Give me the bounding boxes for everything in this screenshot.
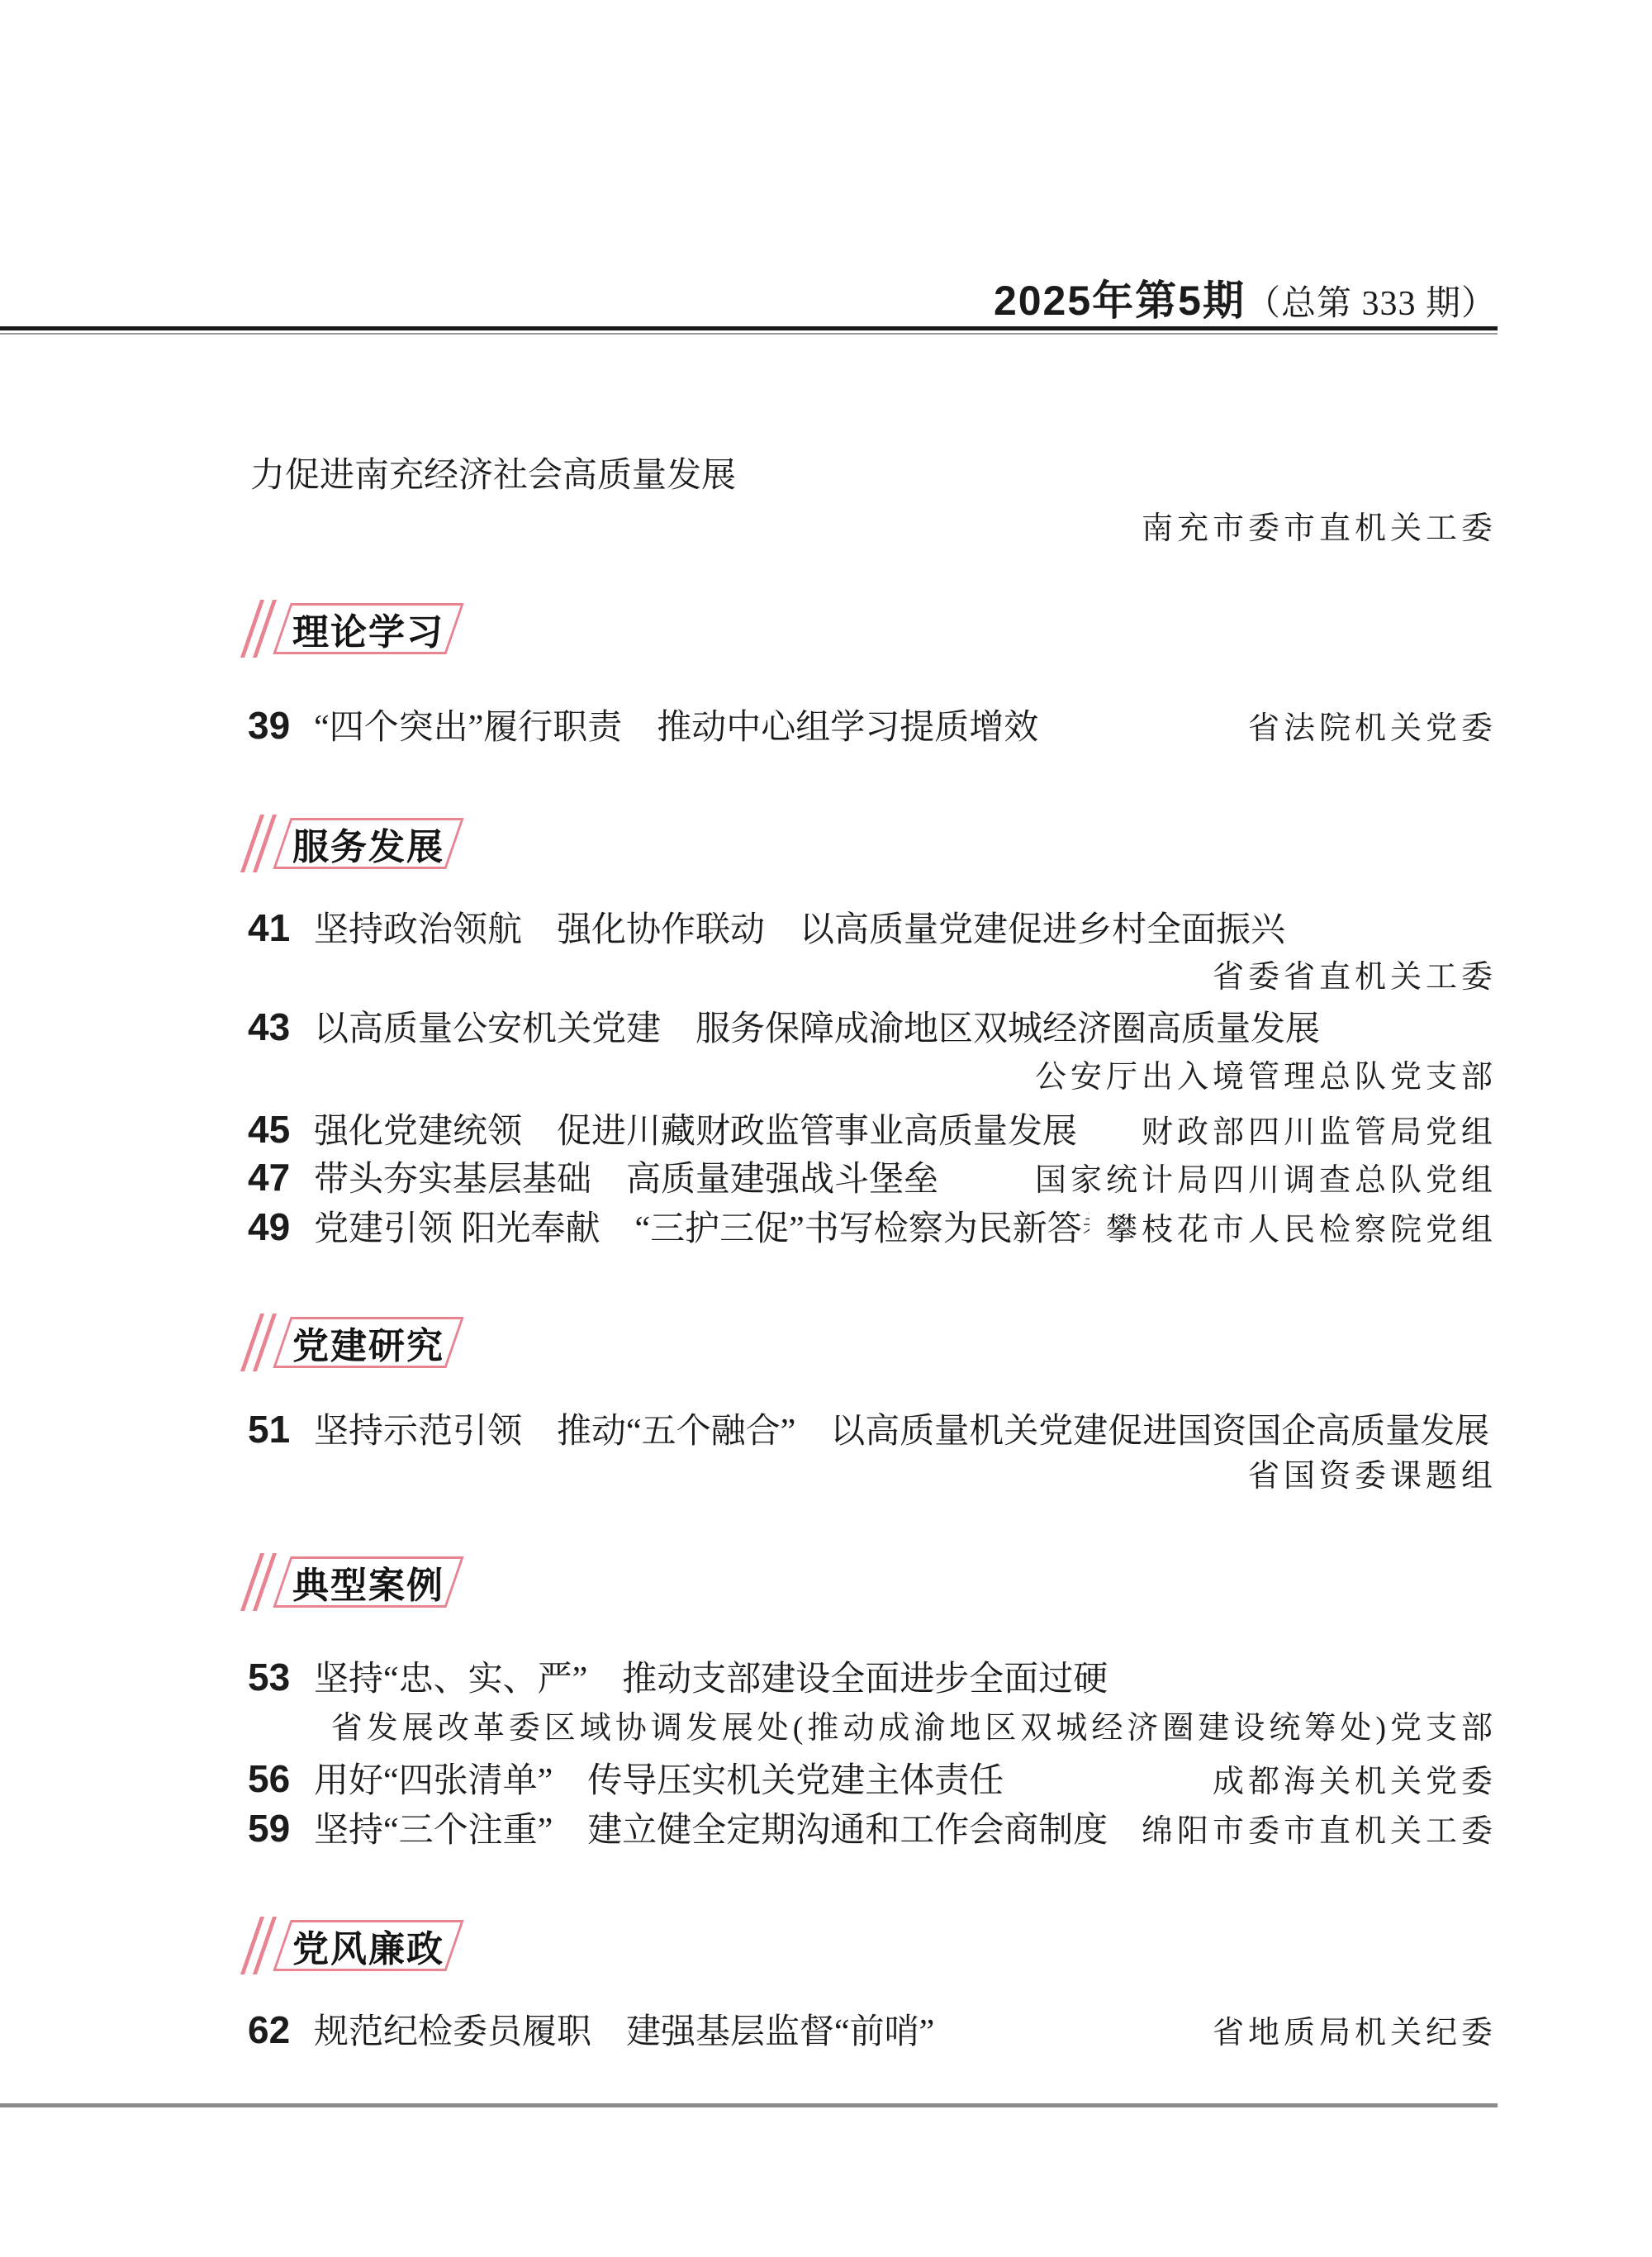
slash-icon [240,1553,264,1611]
entry-attribution: 国家统计局四川调查总队党组 [1035,1161,1497,1200]
entry-title: “四个突出”履行职责 推动中心组学习提质增效 [314,708,1232,748]
entry-page-number: 51 [248,1409,314,1449]
entry-attribution: 省发展改革委区域协调发展处(推动成渝地区双城经济圈建设统筹处)党支部 [331,1708,1497,1748]
carryover-attribution: 南充市委市直机关工委 [1142,509,1497,549]
issue-total-number: （总第 333 期） [1246,285,1497,323]
entry-page-number: 53 [248,1657,314,1697]
section-label-box: 党风廉政 [273,1920,463,1971]
slash-icon [240,1917,264,1974]
entry-title: 规范纪检委员履职 建强基层监督“前哨” [314,2012,1196,2052]
carryover-title: 力促进南充经济社会高质量发展 [250,456,736,496]
entry-page-number: 39 [248,706,314,745]
toc-entry: 47 带头夯实基层基础 高质量建强战斗堡垒 国家统计局四川调查总队党组 [248,1157,1497,1200]
section-label-box: 典型案例 [273,1556,463,1608]
toc-entry: 41 坚持政治领航 强化协作联动 以高质量党建促进乡村全面振兴 [248,908,1497,950]
section-label-box: 服务发展 [273,818,463,869]
entry-page-number: 59 [248,1808,314,1848]
entry-attribution: 攀枝花市人民检察院党组 [1106,1210,1497,1250]
entry-title: 坚持政治领航 强化协作联动 以高质量党建促进乡村全面振兴 [314,910,1497,950]
toc-entry: 49 党建引领 阳光奉献 “三护三促”书写检察为民新答卷 攀枝花市人民检察院党组 [248,1207,1497,1250]
entry-title: 党建引领 阳光奉献 “三护三促”书写检察为民新答卷 [314,1209,1089,1249]
section-header-service-development: 服务发展 [250,813,455,874]
entry-attribution: 财政部四川监管局党组 [1142,1113,1497,1152]
entry-attribution: 绵阳市委市直机关工委 [1142,1812,1497,1851]
toc-entry: 53 坚持“忠、实、严” 推动支部建设全面进步全面过硬 [248,1657,1497,1699]
toc-entry: 39 “四个突出”履行职责 推动中心组学习提质增效 省法院机关党委 [248,706,1497,748]
section-label-box: 理论学习 [273,603,463,654]
entry-title: 坚持“忠、实、严” 推动支部建设全面进步全面过硬 [314,1660,1497,1699]
entry-page-number: 56 [248,1759,314,1798]
entry-page-number: 49 [248,1207,314,1247]
toc-entry: 43 以高质量公安机关党建 服务保障成渝地区双城经济圈高质量发展 [248,1007,1497,1049]
slash-icon [240,600,264,658]
entry-attribution: 成都海关机关党委 [1213,1762,1497,1802]
entry-title: 用好“四张清单” 传导压实机关党建主体责任 [314,1761,1196,1801]
entry-attribution: 省委省直机关工委 [1213,957,1497,997]
entry-attribution: 省地质局机关纪委 [1213,2013,1497,2053]
entry-attribution: 省法院机关党委 [1248,709,1497,748]
entry-page-number: 47 [248,1157,314,1197]
header-rule-thick [0,326,1498,330]
slash-icon [240,1314,264,1371]
entry-page-number: 41 [248,908,314,948]
entry-attribution: 省国资委课题组 [1248,1456,1497,1496]
section-label: 党建研究 [292,1316,444,1369]
toc-entry: 62 规范纪检委员履职 建强基层监督“前哨” 省地质局机关纪委 [248,2010,1497,2053]
section-label-box: 党建研究 [273,1317,463,1368]
entry-page-number: 62 [248,2010,314,2050]
toc-entry: 45 强化党建统领 促进川藏财政监管事业高质量发展 财政部四川监管局党组 [248,1109,1497,1152]
entry-title: 以高质量公安机关党建 服务保障成渝地区双城经济圈高质量发展 [314,1010,1497,1049]
magazine-toc-page: 2025年第5期（总第 333 期） 力促进南充经济社会高质量发展 南充市委市直… [0,0,1652,2257]
toc-entry: 56 用好“四张清单” 传导压实机关党建主体责任 成都海关机关党委 [248,1759,1497,1802]
entry-title: 坚持“三个注重” 建立健全定期沟通和工作会商制度 [314,1811,1125,1851]
toc-entry: 59 坚持“三个注重” 建立健全定期沟通和工作会商制度 绵阳市委市直机关工委 [248,1808,1497,1851]
entry-title: 坚持示范引领 推动“五个融合” 以高质量机关党建促进国资国企高质量发展 [314,1412,1497,1452]
header-rule-thin [0,333,1498,335]
entry-page-number: 45 [248,1109,314,1149]
section-header-theory-study: 理论学习 [250,598,455,659]
section-label: 党风廉政 [292,1919,444,1972]
toc-entry: 51 坚持示范引领 推动“五个融合” 以高质量机关党建促进国资国企高质量发展 [248,1409,1497,1452]
entry-attribution: 公安厅出入境管理总队党支部 [1035,1057,1497,1097]
entry-page-number: 43 [248,1007,314,1047]
entry-title: 强化党建统领 促进川藏财政监管事业高质量发展 [314,1112,1125,1152]
entry-title: 带头夯实基层基础 高质量建强战斗堡垒 [314,1160,1018,1200]
section-header-party-building-research: 党建研究 [250,1312,455,1373]
slash-icon [240,815,264,872]
section-header-typical-cases: 典型案例 [250,1551,455,1613]
section-label: 典型案例 [292,1556,444,1608]
section-header-party-conduct-integrity: 党风廉政 [250,1915,455,1976]
section-label: 服务发展 [292,817,444,870]
issue-number: 2025年第5期 [994,278,1246,324]
section-label: 理论学习 [292,602,444,655]
footer-rule [0,2103,1498,2107]
